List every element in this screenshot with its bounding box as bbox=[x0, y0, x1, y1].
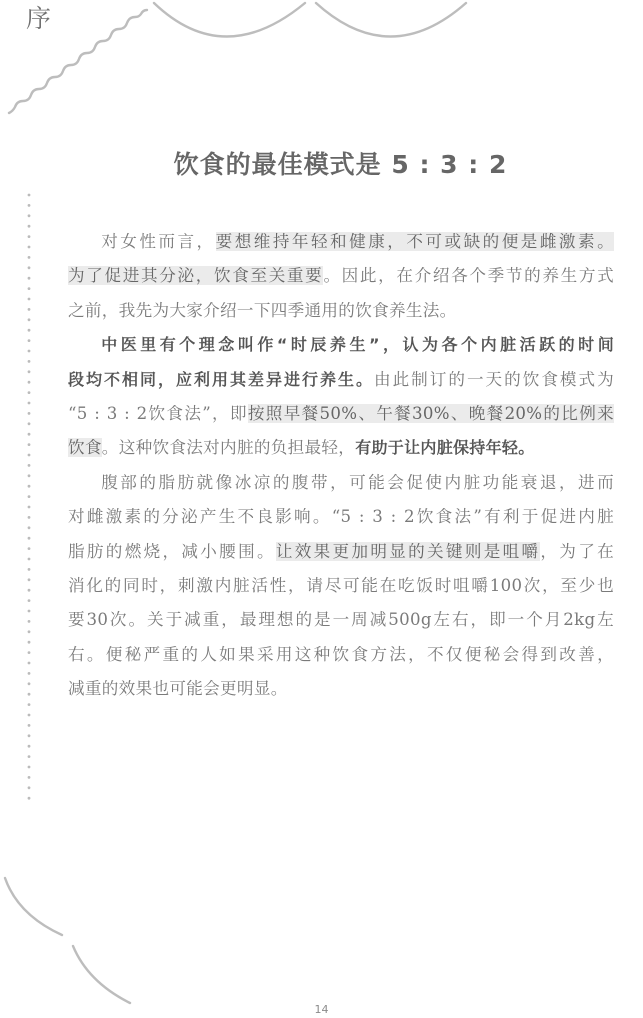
dotted-border-decoration bbox=[28, 194, 31, 800]
body-text: 脂肪的燃烧，减小腰围。 bbox=[68, 542, 276, 561]
text-line: 脂肪的燃烧，减小腰围。让效果更加明显的关键则是咀嚼，为了在 bbox=[68, 535, 614, 569]
text-line: 中医里有个理念叫作“时辰养生”，认为各个内脏活跃的时间 bbox=[68, 328, 614, 362]
paragraph-3: 腹部的脂肪就像冰凉的腹带，可能会促使内脏功能衰退，进而对雌激素的分泌产生不良影响… bbox=[68, 466, 614, 707]
text-line: 之前，我先为大家介绍一下四季通用的饮食养生法。 bbox=[68, 294, 614, 328]
bold-text: 有助于让内脏保持年轻。 bbox=[355, 438, 534, 457]
body-text: 腹部的脂肪就像冰凉的腹带，可能会促使内脏功能衰退，进而 bbox=[101, 473, 614, 492]
bold-text: 中医里有个理念叫作“时辰养生”，认为各个内脏活跃的时间 bbox=[101, 335, 614, 354]
text-line: 减重的效果也可能会更明显。 bbox=[68, 672, 614, 706]
body-text: 由此制订的一天的饮食模式为 bbox=[374, 370, 614, 389]
text-line: 右。便秘严重的人如果采用这种饮食方法，不仅便秘会得到改善， bbox=[68, 638, 614, 672]
body-text: 。因此，在介绍各个季节的养生方式 bbox=[323, 266, 614, 285]
body-text: 右。便秘严重的人如果采用这种饮食方法，不仅便秘会得到改善， bbox=[68, 645, 614, 664]
text-line: 对雌激素的分泌产生不良影响。“5 : 3 : 2饮食法”有利于促进内脏 bbox=[68, 500, 614, 534]
body-text: 要30次。关于减重，最理想的是一周减500g左右，即一个月2kg左 bbox=[68, 610, 614, 629]
body-text: 对雌激素的分泌产生不良影响。“5 : 3 : 2饮食法”有利于促进内脏 bbox=[68, 507, 614, 526]
top-arc-left-decoration bbox=[154, 3, 305, 37]
text-line: 为了促进其分泌，饮食至关重要。因此，在介绍各个季节的养生方式 bbox=[68, 259, 614, 293]
text-line: “5 : 3 : 2饮食法”，即按照早餐50%、午餐30%、晚餐20%的比例来 bbox=[68, 397, 614, 431]
body-text: 减重的效果也可能会更明显。 bbox=[68, 679, 288, 698]
body-text: 消化的同时，刺激内脏活性，请尽可能在吃饭时咀嚼100次，至少也 bbox=[68, 576, 614, 595]
body-text: 对女性而言， bbox=[101, 232, 215, 251]
paragraph-1: 对女性而言，要想维持年轻和健康，不可或缺的便是雌激素。为了促进其分泌，饮食至关重… bbox=[68, 225, 614, 328]
text-line: 要30次。关于减重，最理想的是一周减500g左右，即一个月2kg左 bbox=[68, 603, 614, 637]
body-text: ，为了在 bbox=[540, 542, 614, 561]
text-line: 对女性而言，要想维持年轻和健康，不可或缺的便是雌激素。 bbox=[68, 225, 614, 259]
body-text: “5 : 3 : 2饮食法”，即 bbox=[68, 404, 248, 423]
text-line: 饮食。这种饮食法对内脏的负担最轻，有助于让内脏保持年轻。 bbox=[68, 431, 614, 465]
bottom-arc-lower-decoration bbox=[73, 946, 130, 1003]
body-text: 之前，我先为大家介绍一下四季通用的饮食养生法。 bbox=[68, 301, 457, 320]
text-line: 消化的同时，刺激内脏活性，请尽可能在吃饭时咀嚼100次，至少也 bbox=[68, 569, 614, 603]
top-arc-right-decoration bbox=[316, 3, 466, 37]
text-line: 段均不相同，应利用其差异进行养生。由此制订的一天的饮食模式为 bbox=[68, 363, 614, 397]
article-body: 对女性而言，要想维持年轻和健康，不可或缺的便是雌激素。为了促进其分泌，饮食至关重… bbox=[68, 225, 614, 707]
section-label: 序 bbox=[26, 6, 51, 31]
paragraph-2: 中医里有个理念叫作“时辰养生”，认为各个内脏活跃的时间段均不相同，应利用其差异进… bbox=[68, 328, 614, 466]
highlighted-text: 要想维持年轻和健康，不可或缺的便是雌激素。 bbox=[216, 232, 614, 251]
bottom-arc-upper-decoration bbox=[5, 878, 62, 935]
page-title: 饮食的最佳模式是 5 : 3 : 2 bbox=[0, 145, 643, 181]
page-number: 14 bbox=[0, 1003, 643, 1016]
body-text: 。这种饮食法对内脏的负担最轻， bbox=[102, 438, 355, 457]
bold-text: 段均不相同，应利用其差异进行养生。 bbox=[68, 370, 374, 389]
highlighted-text: 饮食 bbox=[68, 438, 102, 457]
text-line: 腹部的脂肪就像冰凉的腹带，可能会促使内脏功能衰退，进而 bbox=[68, 466, 614, 500]
highlighted-text: 让效果更加明显的关键则是咀嚼 bbox=[276, 542, 541, 561]
highlighted-text: 为了促进其分泌，饮食至关重要 bbox=[68, 266, 323, 285]
highlighted-text: 按照早餐50%、午餐30%、晚餐20%的比例来 bbox=[248, 404, 614, 423]
